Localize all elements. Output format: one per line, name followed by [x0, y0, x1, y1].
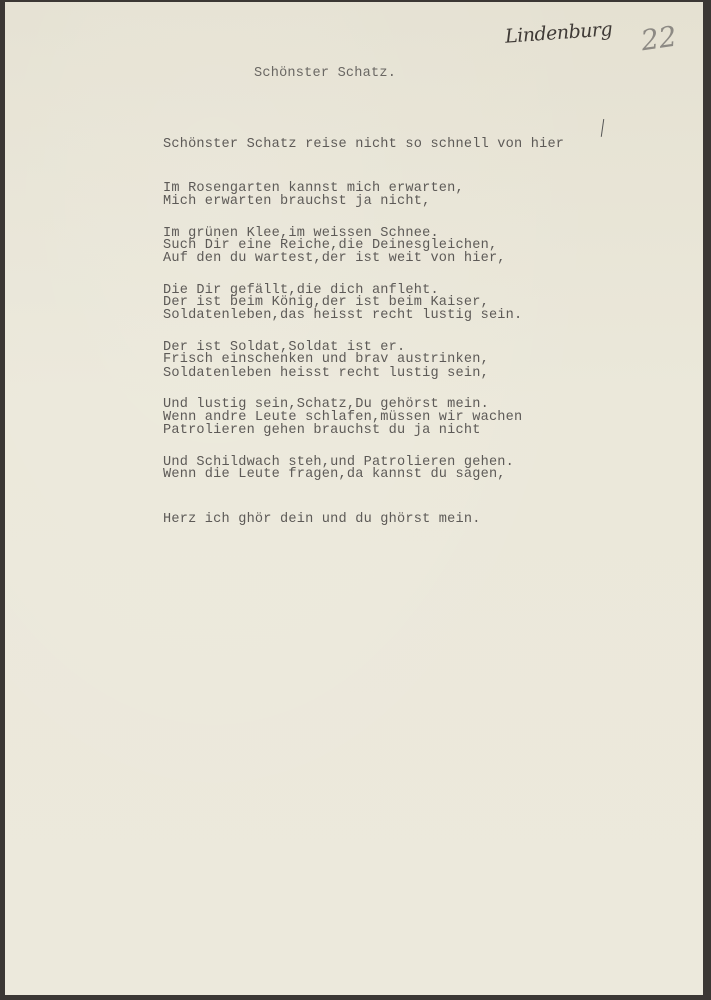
poem-line: Herz ich ghör dein und du ghörst mein. [163, 513, 506, 527]
poem-line: Mich erwarten brauchst ja nicht, [163, 195, 497, 209]
poem-line: Soldatenleben,das heisst recht lustig se… [163, 309, 522, 323]
poem-title: Schönster Schatz. [254, 66, 396, 81]
poem-line: Wenn die Leute fragen,da kannst du sagen… [163, 468, 506, 482]
poem-line: Patrolieren gehen brauchst du ja nicht [163, 424, 506, 438]
document-page: Lindenburg 22 Schönster Schatz. Schönste… [5, 2, 703, 995]
poem-line: Schönster Schatz reise nicht so schnell … [163, 138, 564, 152]
margin-correction-mark [601, 119, 605, 137]
stanza-6: Patrolieren gehen brauchst du ja nicht W… [163, 394, 506, 557]
page-number: 22 [639, 20, 679, 58]
handwritten-annotation: Lindenburg [504, 18, 612, 47]
poem-line: Soldatenleben heisst recht lustig sein, [163, 367, 522, 381]
poem-line: Auf den du wartest,der ist weit von hier… [163, 252, 506, 266]
